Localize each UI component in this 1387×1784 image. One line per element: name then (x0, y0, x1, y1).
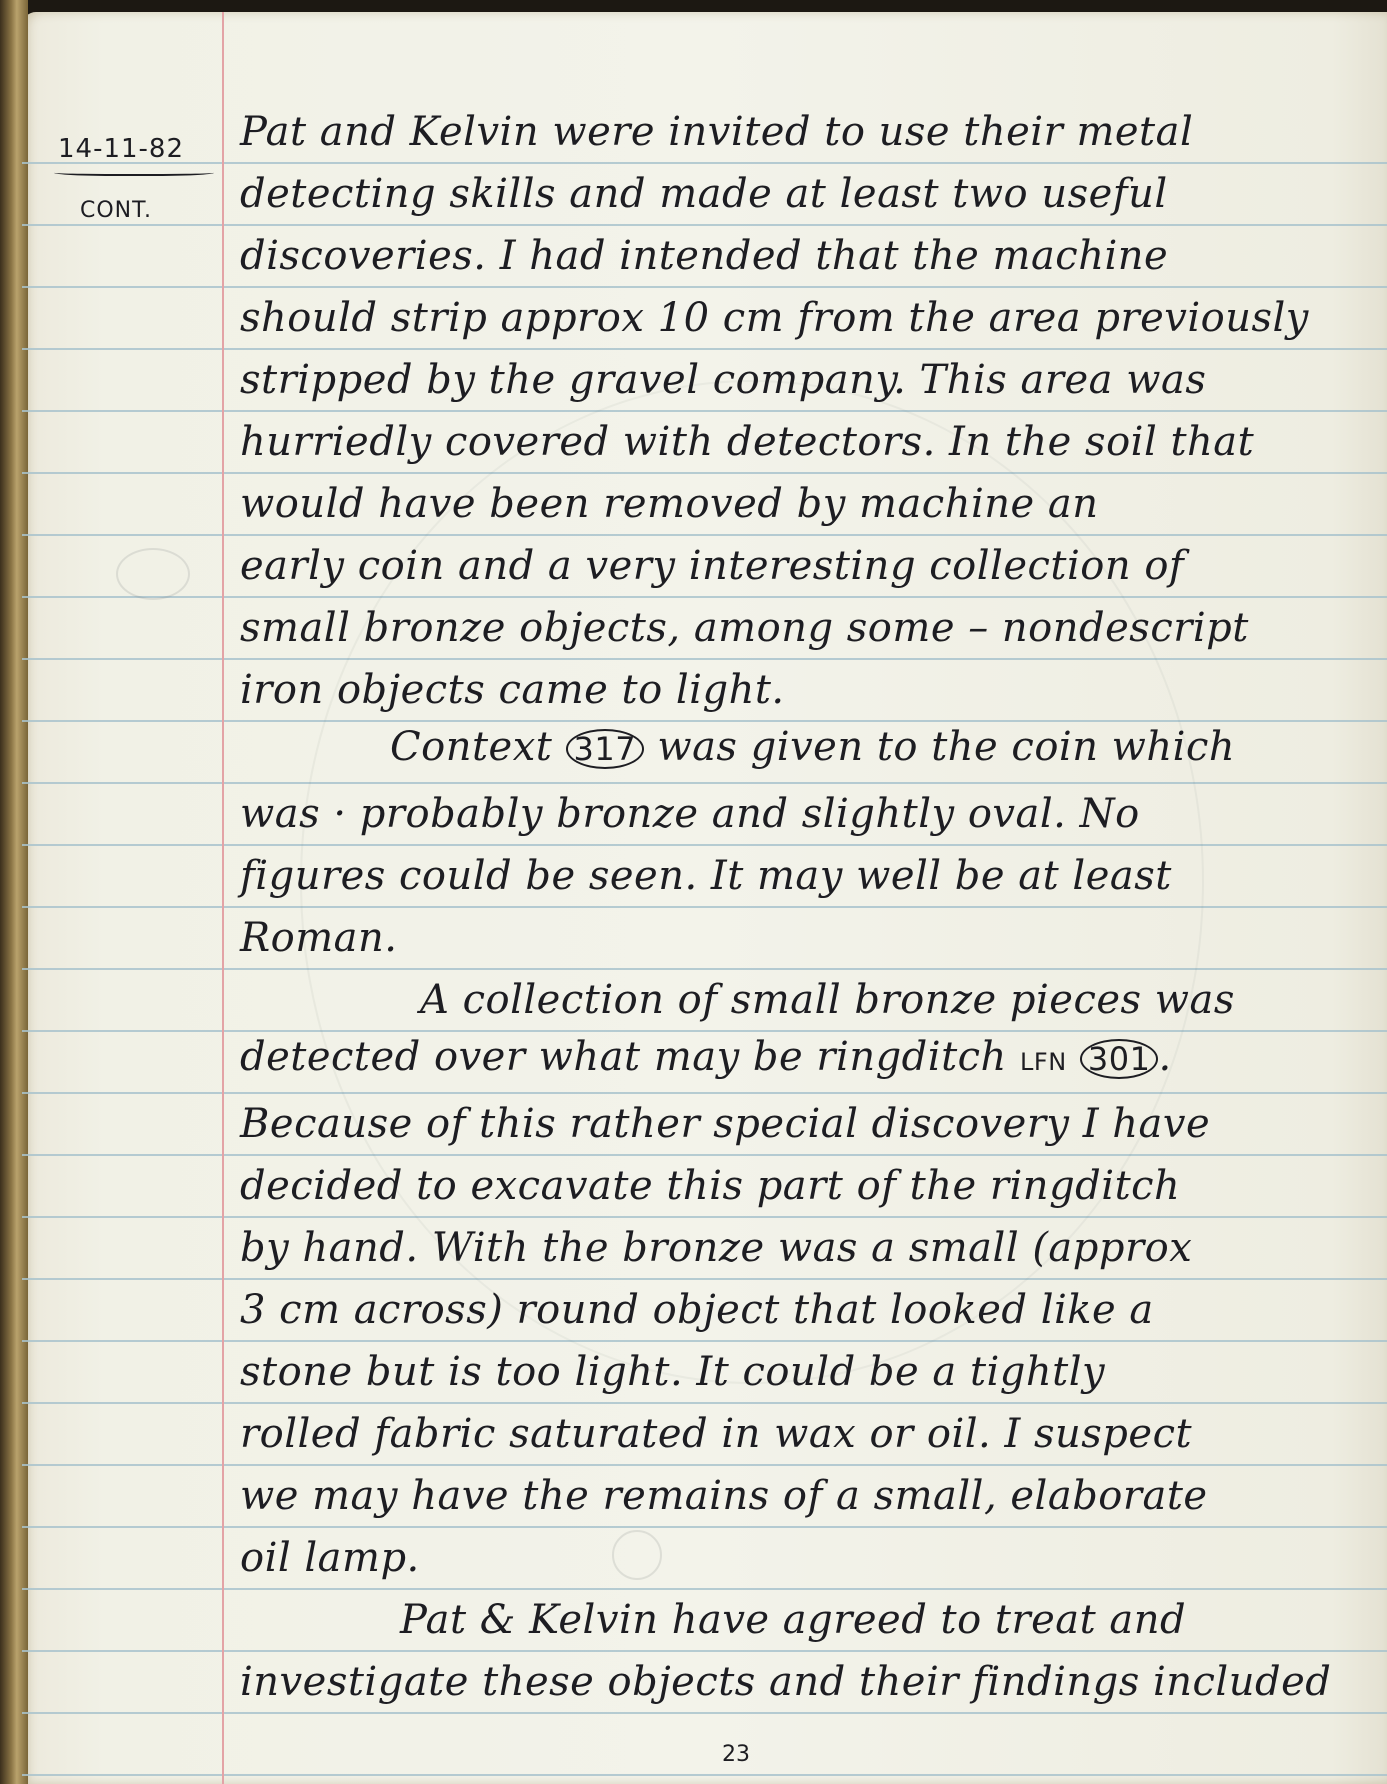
ruled-line (22, 1464, 1387, 1466)
text-line: investigate these objects and their find… (240, 1662, 1331, 1702)
text-line: detecting skills and made at least two u… (240, 174, 1168, 214)
text-line: decided to excavate this part of the rin… (240, 1166, 1180, 1206)
feature-code: LFN (1020, 1048, 1067, 1076)
text-fragment: Context (390, 724, 552, 770)
ruled-line (22, 1650, 1387, 1652)
text-line: by hand. With the bronze was a small (ap… (240, 1228, 1192, 1268)
ruled-line (22, 1526, 1387, 1528)
ruled-line (22, 1588, 1387, 1590)
text-line-ringditch: detected over what may be ringditch LFN … (240, 1037, 1172, 1079)
text-line: we may have the remains of a small, elab… (240, 1476, 1208, 1516)
bleed-through-circle (116, 548, 190, 600)
text-line: should strip approx 10 cm from the area … (240, 298, 1309, 338)
text-line: 3 cm across) round object that looked li… (240, 1290, 1154, 1330)
context-number-circled: 317 (566, 729, 645, 769)
date-underline (54, 168, 214, 176)
text-line: Pat & Kelvin have agreed to treat and (400, 1600, 1186, 1640)
page-number: 23 (722, 1742, 750, 1767)
text-line: early coin and a very interesting collec… (240, 546, 1184, 586)
text-line: A collection of small bronze pieces was (420, 980, 1235, 1020)
text-line: stripped by the gravel company. This are… (240, 360, 1206, 400)
text-line: stone but is too light. It could be a ti… (240, 1352, 1105, 1392)
text-line: would have been removed by machine an (240, 484, 1099, 524)
text-line: oil lamp. (240, 1538, 420, 1578)
text-line: was · probably bronze and slightly oval.… (240, 794, 1140, 834)
text-line: small bronze objects, among some – nonde… (240, 608, 1249, 648)
notebook-binding (0, 0, 28, 1784)
ruled-line (22, 1712, 1387, 1714)
bleed-through-circle (612, 1530, 662, 1580)
text-line: Roman. (240, 918, 397, 958)
text-line-context: Context 317 was given to the coin which (390, 727, 1235, 769)
text-line: Because of this rather special discovery… (240, 1104, 1210, 1144)
entry-date: 14-11-82 (58, 136, 184, 162)
ruled-line (22, 348, 1387, 350)
text-line: iron objects came to light. (240, 670, 785, 710)
feature-number-circled: 301 (1080, 1039, 1159, 1079)
continued-label: CONT. (80, 200, 152, 222)
ruled-line (22, 1774, 1387, 1776)
text-line: hurriedly covered with detectors. In the… (240, 422, 1254, 462)
ruled-line (22, 162, 1387, 164)
text-line: discoveries. I had intended that the mac… (240, 236, 1168, 276)
ruled-line (22, 1402, 1387, 1404)
text-fragment: was given to the coin which (657, 724, 1235, 770)
text-line: rolled fabric saturated in wax or oil. I… (240, 1414, 1192, 1454)
ruled-line (22, 224, 1387, 226)
text-fragment: detected over what may be ringditch (240, 1034, 1007, 1080)
ruled-line (22, 286, 1387, 288)
margin-line (222, 12, 224, 1784)
text-line: figures could be seen. It may well be at… (240, 856, 1172, 896)
text-line: Pat and Kelvin were invited to use their… (240, 112, 1193, 152)
text-fragment: . (1158, 1034, 1171, 1080)
